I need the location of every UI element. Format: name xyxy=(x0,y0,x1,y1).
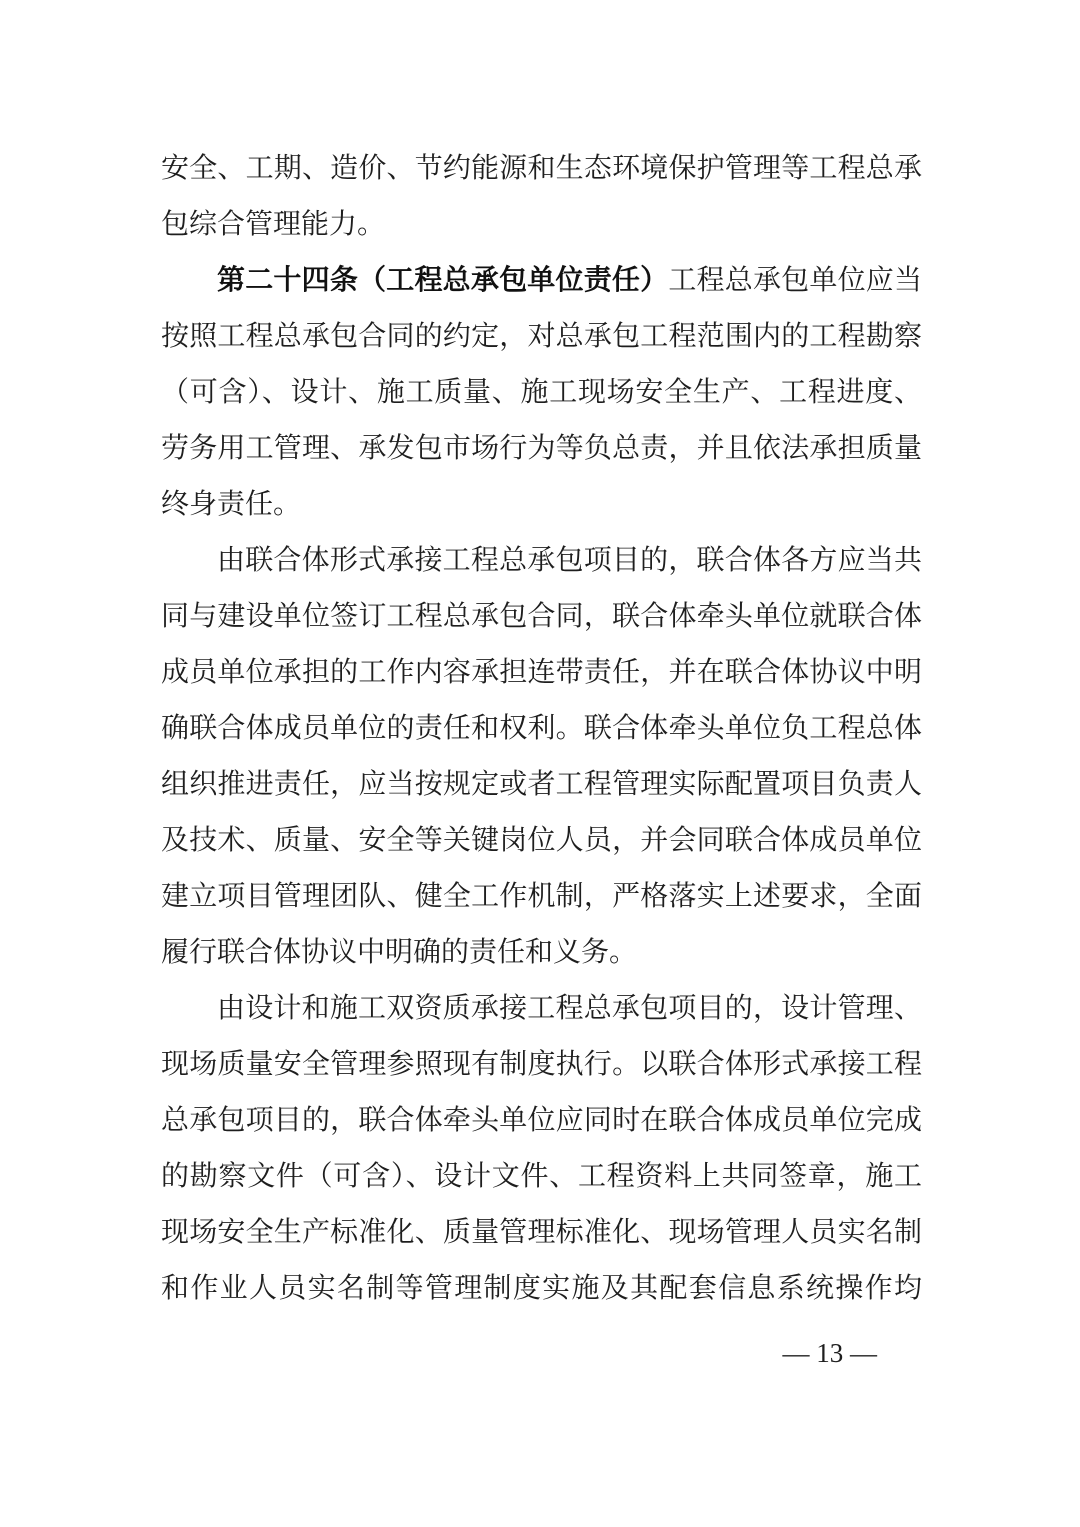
text-run: 履行联合体协议中明确的责任和义务。 xyxy=(161,937,637,968)
document-line: 包综合管理能力。 xyxy=(161,197,922,253)
text-run: 由设计和施工双资质承接工程总承包项目的，设计管理、 xyxy=(217,993,922,1024)
text-run: 按照工程总承包合同的约定，对总承包工程范围内的工程勘察 xyxy=(161,321,922,352)
text-run: 工程总承包单位应当 xyxy=(668,265,922,296)
document-line: （可含）、设计、施工质量、施工现场安全生产、工程进度、 xyxy=(161,365,922,421)
text-run: 安全、工期、造价、节约能源和生态环境保护管理等工程总承 xyxy=(161,153,922,184)
text-run: 的勘察文件（可含）、设计文件、工程资料上共同签章，施工 xyxy=(161,1161,922,1192)
document-line: 同与建设单位签订工程总承包合同，联合体牵头单位就联合体 xyxy=(161,589,922,645)
document-line: 现场质量安全管理参照现有制度执行。以联合体形式承接工程 xyxy=(161,1037,922,1093)
page-number: — 13 — xyxy=(783,1333,878,1373)
text-run: 包综合管理能力。 xyxy=(161,209,385,240)
document-line: 的勘察文件（可含）、设计文件、工程资料上共同签章，施工 xyxy=(161,1149,922,1205)
text-run: 第二十四条（工程总承包单位责任） xyxy=(217,265,668,296)
text-run: 终身责任。 xyxy=(161,489,301,520)
document-line: 安全、工期、造价、节约能源和生态环境保护管理等工程总承 xyxy=(161,141,922,197)
document-line: 现场安全生产标准化、质量管理标准化、现场管理人员实名制 xyxy=(161,1205,922,1261)
document-line: 组织推进责任，应当按规定或者工程管理实际配置项目负责人 xyxy=(161,757,922,813)
document-line: 履行联合体协议中明确的责任和义务。 xyxy=(161,925,922,981)
document-line: 终身责任。 xyxy=(161,477,922,533)
document-line: 劳务用工管理、承发包市场行为等负总责，并且依法承担质量 xyxy=(161,421,922,477)
text-run: 建立项目管理团队、健全工作机制，严格落实上述要求，全面 xyxy=(161,881,922,912)
text-run: 成员单位承担的工作内容承担连带责任，并在联合体协议中明 xyxy=(161,657,922,688)
text-run: 现场安全生产标准化、质量管理标准化、现场管理人员实名制 xyxy=(161,1217,922,1248)
document-line: 由联合体形式承接工程总承包项目的，联合体各方应当共 xyxy=(161,533,922,589)
document-line: 建立项目管理团队、健全工作机制，严格落实上述要求，全面 xyxy=(161,869,922,925)
document-line: 和作业人员实名制等管理制度实施及其配套信息系统操作均 xyxy=(161,1261,922,1317)
document-page: 安全、工期、造价、节约能源和生态环境保护管理等工程总承包综合管理能力。第二十四条… xyxy=(0,0,1080,1527)
text-run: 劳务用工管理、承发包市场行为等负总责，并且依法承担质量 xyxy=(161,433,922,464)
text-run: 确联合体成员单位的责任和权利。联合体牵头单位负工程总体 xyxy=(161,713,922,744)
text-run: 和作业人员实名制等管理制度实施及其配套信息系统操作均 xyxy=(161,1273,922,1304)
text-run: 现场质量安全管理参照现有制度执行。以联合体形式承接工程 xyxy=(161,1049,922,1080)
text-run: 总承包项目的，联合体牵头单位应同时在联合体成员单位完成 xyxy=(161,1105,922,1136)
document-line: 按照工程总承包合同的约定，对总承包工程范围内的工程勘察 xyxy=(161,309,922,365)
document-line: 确联合体成员单位的责任和权利。联合体牵头单位负工程总体 xyxy=(161,701,922,757)
text-run: 由联合体形式承接工程总承包项目的，联合体各方应当共 xyxy=(217,545,922,576)
text-run: 及技术、质量、安全等关键岗位人员，并会同联合体成员单位 xyxy=(161,825,922,856)
text-run: 组织推进责任，应当按规定或者工程管理实际配置项目负责人 xyxy=(161,769,922,800)
document-line: 总承包项目的，联合体牵头单位应同时在联合体成员单位完成 xyxy=(161,1093,922,1149)
text-run: 同与建设单位签订工程总承包合同，联合体牵头单位就联合体 xyxy=(161,601,922,632)
text-run: （可含）、设计、施工质量、施工现场安全生产、工程进度、 xyxy=(161,377,922,408)
document-line: 及技术、质量、安全等关键岗位人员，并会同联合体成员单位 xyxy=(161,813,922,869)
document-text-block: 安全、工期、造价、节约能源和生态环境保护管理等工程总承包综合管理能力。第二十四条… xyxy=(161,141,922,1317)
document-line: 第二十四条（工程总承包单位责任）工程总承包单位应当 xyxy=(161,253,922,309)
document-line: 由设计和施工双资质承接工程总承包项目的，设计管理、 xyxy=(161,981,922,1037)
document-line: 成员单位承担的工作内容承担连带责任，并在联合体协议中明 xyxy=(161,645,922,701)
